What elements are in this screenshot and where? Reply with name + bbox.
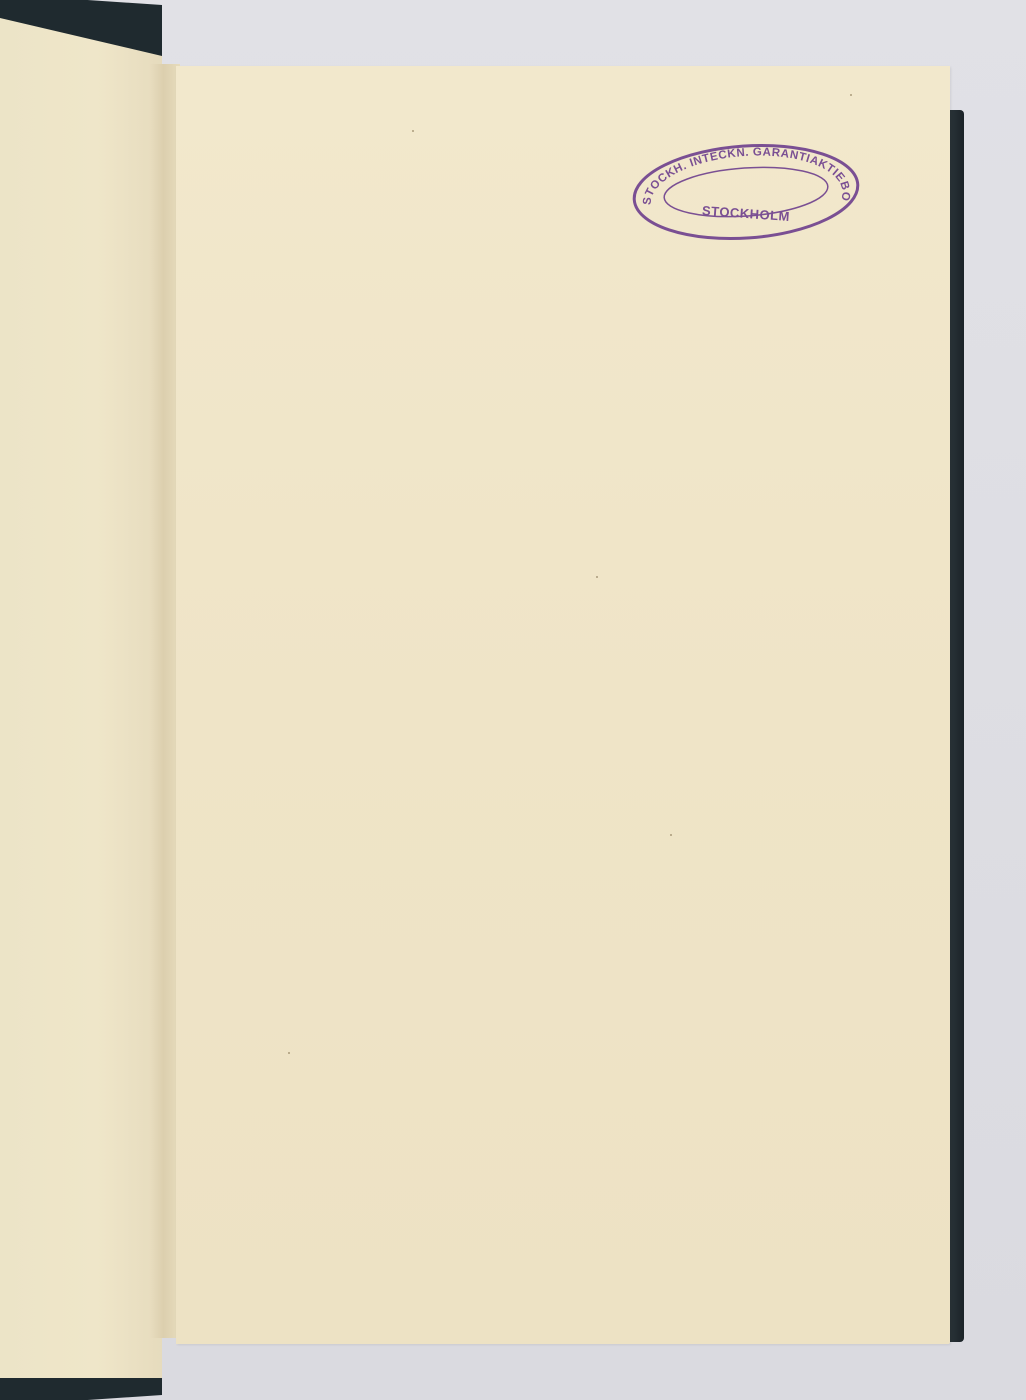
paper-speck (596, 576, 598, 578)
svg-text:STOCKH. INTECKN. GARANTIAKTIEB: STOCKH. INTECKN. GARANTIAKTIEBOLAG (630, 140, 852, 206)
right-flyleaf-page (176, 66, 950, 1344)
ownership-stamp: STOCKH. INTECKN. GARANTIAKTIEBOLAG STOCK… (630, 140, 862, 244)
left-endpaper (0, 18, 162, 1378)
paper-speck (288, 1052, 290, 1054)
oval-stamp-icon: STOCKH. INTECKN. GARANTIAKTIEBOLAG (630, 140, 862, 244)
paper-speck (670, 834, 672, 836)
paper-speck (850, 94, 852, 96)
book-cover-right-edge (950, 110, 964, 1342)
paper-speck (412, 130, 414, 132)
